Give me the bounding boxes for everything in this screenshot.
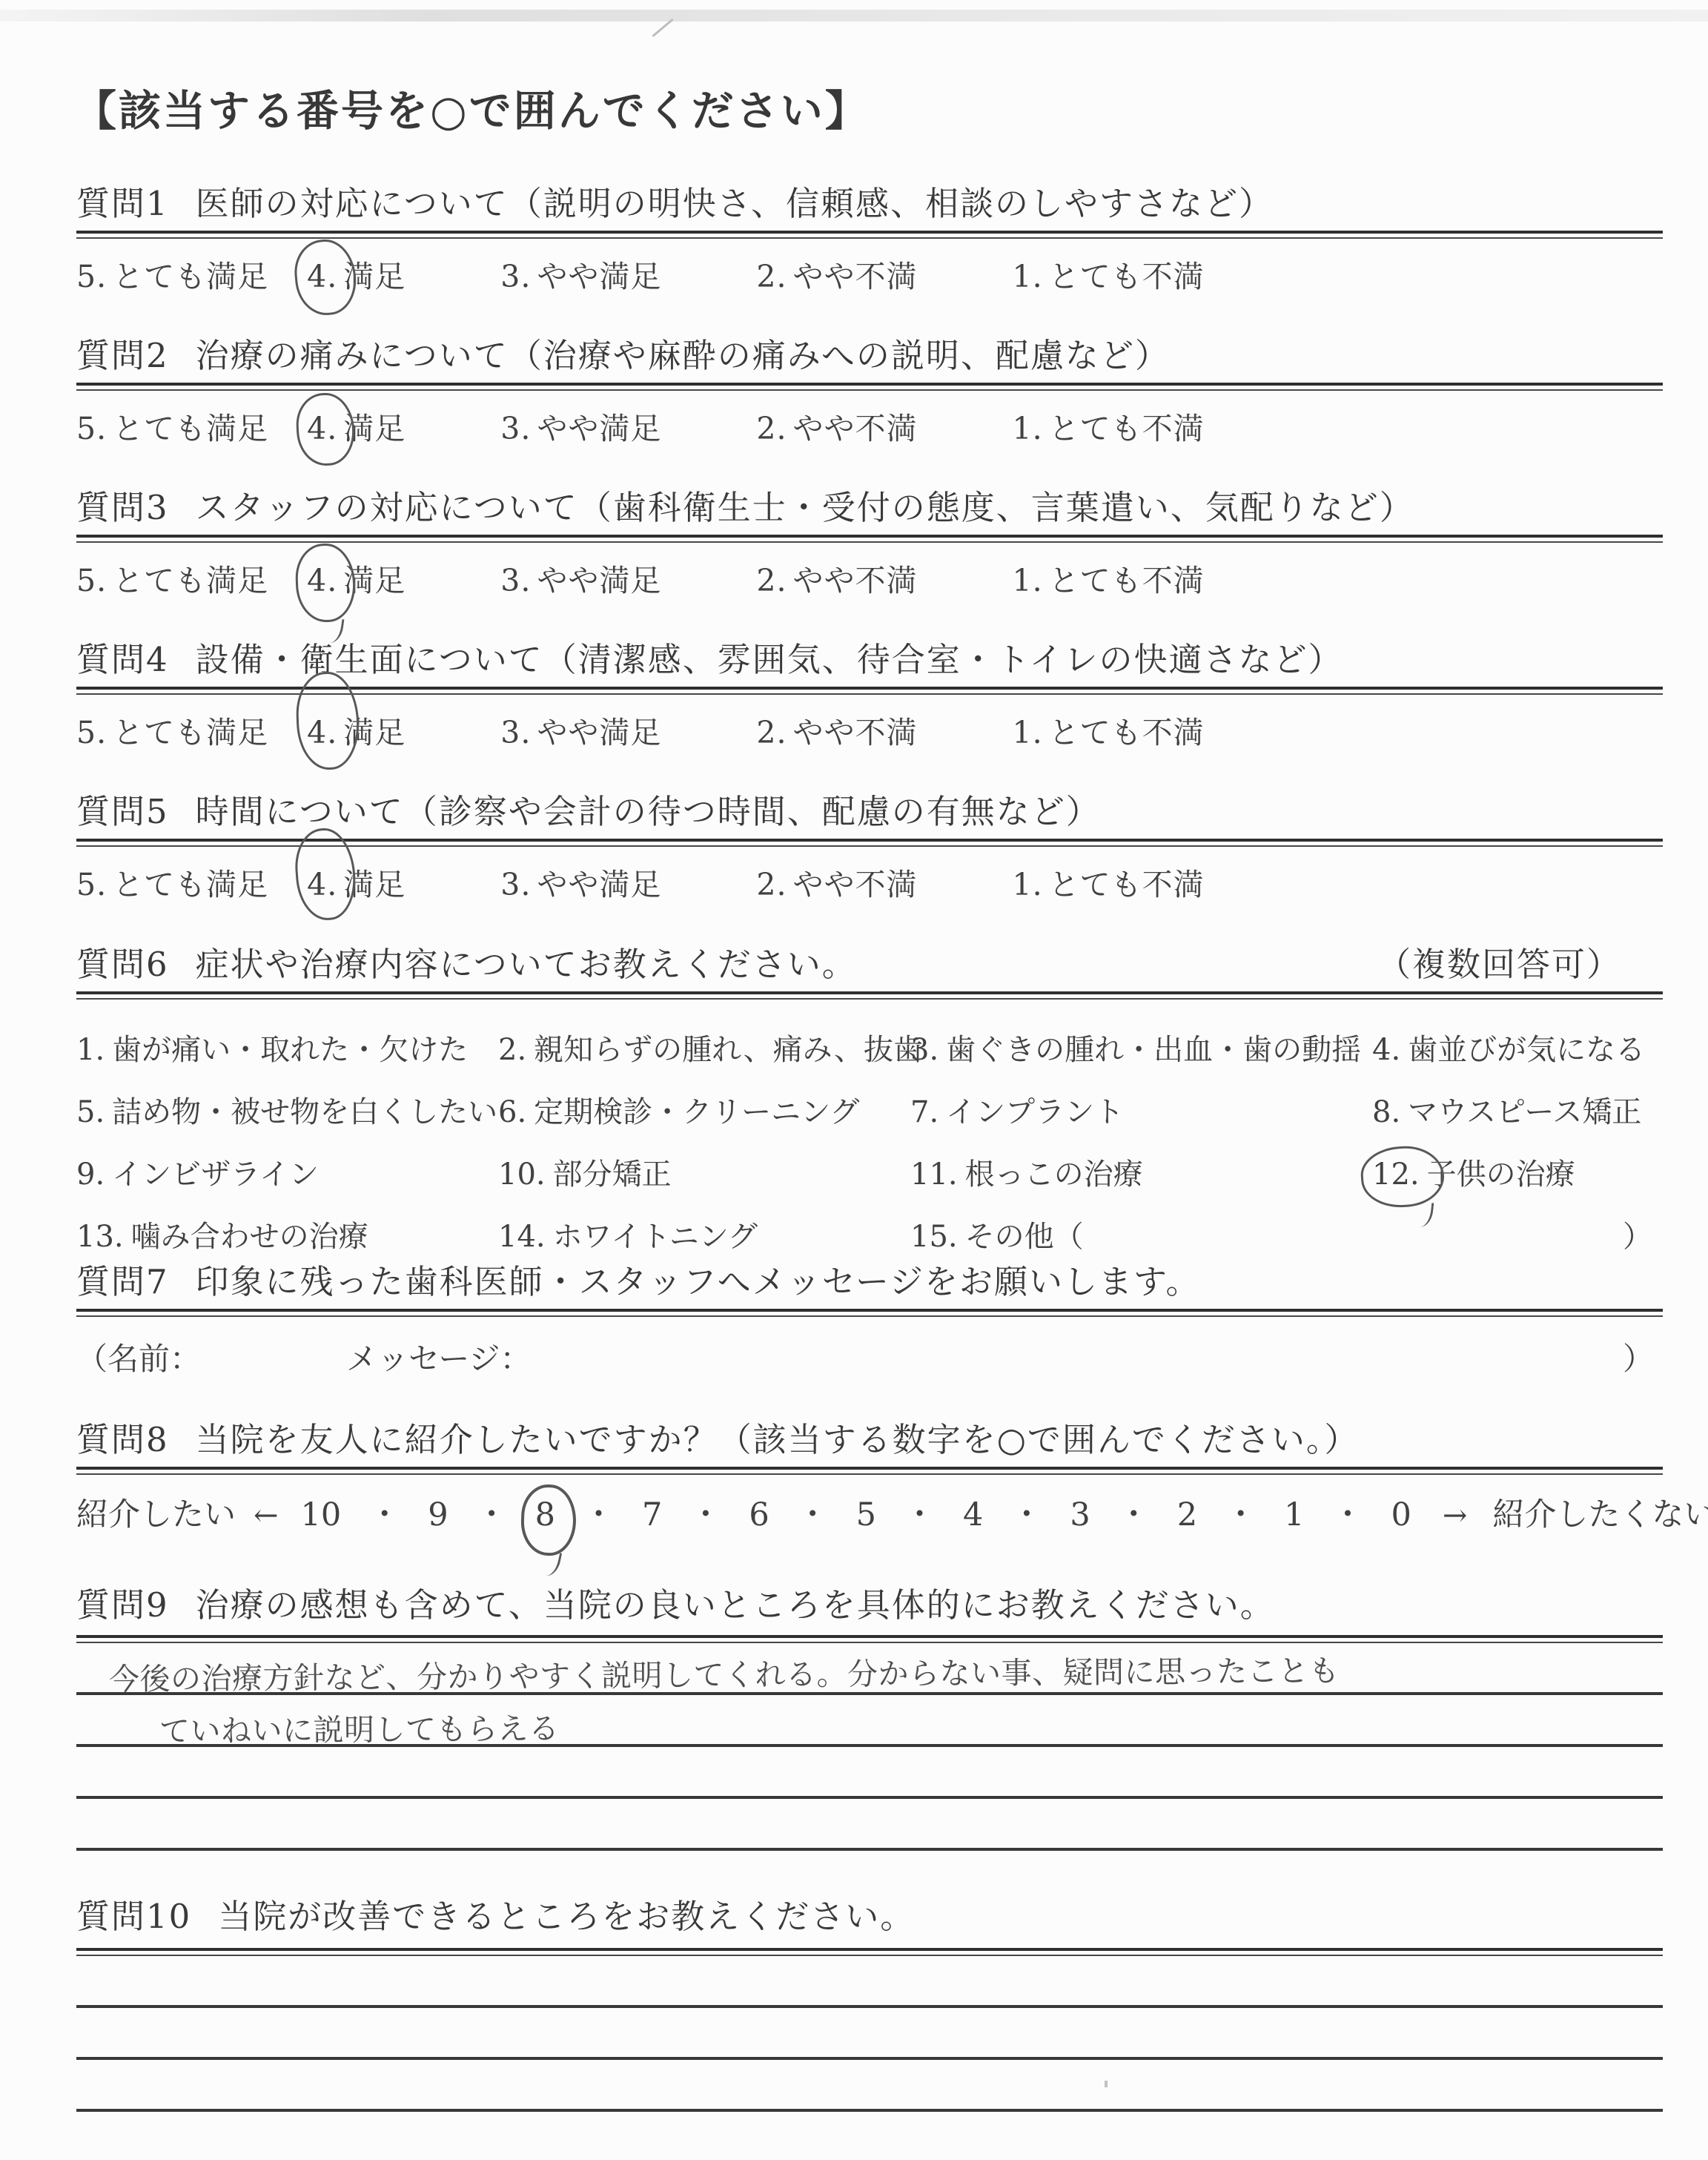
question-9-section: 質問9治療の感想も含めて、当院の良いところを具体的にお教えください。 今後の治療…: [76, 1578, 1663, 1851]
scale-number: 5: [856, 1496, 876, 1533]
rating-option: 2.やや不満: [756, 860, 917, 904]
question-1-section: 質問1医師の対応について（説明の明快さ、信頼感、相談のしやすさなど） 5.とても…: [76, 176, 1663, 296]
handwritten-answer: 今後の治療方針など、分かりやすく説明してくれる。分からない事、疑問に思ったことも: [109, 1646, 1340, 1699]
rating-option: 3.やや満足: [500, 556, 661, 600]
scale-dot: ・: [797, 1490, 829, 1535]
handwritten-answer: ていねいに説明してもらえる: [159, 1704, 560, 1751]
scale-dot: ・: [689, 1490, 721, 1535]
answer-line: [76, 2112, 1663, 2160]
divider: [76, 1309, 1663, 1317]
closing-paren: ）: [1623, 1335, 1654, 1379]
scale-number: 1: [1284, 1496, 1304, 1533]
question-5-options: 5.とても満足 4.満足 3.やや満足 2.やや不満 1.とても不満: [76, 860, 1663, 904]
question-3-title: スタッフの対応について（歯科衛生士・受付の態度、言葉遣い、気配りなど）: [196, 488, 1414, 527]
scale-dot: ・: [1118, 1490, 1150, 1535]
symptom-option: 9.インビザライン: [76, 1151, 498, 1193]
question-4-number: 質問4: [76, 640, 169, 679]
question-2-header: 質問2治療の痛みについて（治療や麻酔の痛みへの説明、配慮など）: [76, 328, 1663, 377]
rating-option: 2.やや不満: [756, 252, 917, 296]
symptom-option: 14.ホワイトニング: [498, 1213, 910, 1255]
question-5-number: 質問5: [76, 792, 169, 831]
page-title: 【該当する番号を○で囲んでください】: [74, 77, 870, 138]
rating-option: 2.やや不満: [756, 708, 917, 752]
question-6-header: 質問6症状や治療内容についてお教えください。 （複数回答可）: [76, 937, 1663, 985]
rating-option: 2.やや不満: [756, 556, 917, 600]
divider: [76, 1948, 1663, 1956]
scale-dot: ・: [904, 1490, 936, 1535]
divider: [76, 383, 1663, 391]
scale-dot: ・: [1010, 1490, 1042, 1535]
question-3-options: 5.とても満足 4.満足 3.やや満足 2.やや不満 1.とても不満: [76, 556, 1663, 600]
symptom-option: 4.歯並びが気になる: [1372, 1026, 1663, 1069]
scale-dot: ・: [1225, 1490, 1257, 1535]
rating-option: 5.とても満足: [76, 252, 268, 296]
symptom-option-selected: 12.子供の治療: [1372, 1151, 1663, 1193]
rating-option: 3.やや満足: [500, 404, 661, 448]
other-closing-paren: ）: [1372, 1213, 1663, 1255]
question-4-section: 質問4設備・衛生面について（清潔感、雰囲気、待合室・トイレの快適さなど） 5.と…: [76, 633, 1663, 752]
question-2-title: 治療の痛みについて（治療や麻酔の痛みへの説明、配慮など）: [196, 336, 1170, 375]
question-9-header: 質問9治療の感想も含めて、当院の良いところを具体的にお教えください。: [76, 1578, 1663, 1626]
message-field-label: メッセージ：: [346, 1335, 531, 1379]
question-6-title: 症状や治療内容についてお教えください。: [196, 945, 857, 984]
question-5-title: 時間について（診察や会計の待つ時間、配慮の有無など）: [196, 792, 1101, 831]
question-7-header: 質問7印象に残った歯科医師・スタッフへメッセージをお願いします。: [76, 1255, 1663, 1303]
recommend-scale-row: 紹介したい ← 10・ 9・ 8・ 7・ 6・ 5・ 4・ 3・ 2・ 1・ 0…: [76, 1490, 1663, 1535]
question-7-section: 質問7印象に残った歯科医師・スタッフへメッセージをお願いします。 （名前： メッ…: [76, 1255, 1663, 1379]
symptom-option: 13.噛み合わせの治療: [76, 1213, 498, 1255]
symptom-option: 2.親知らずの腫れ、痛み、抜歯: [498, 1026, 910, 1069]
question-3-section: 質問3スタッフの対応について（歯科衛生士・受付の態度、言葉遣い、気配りなど） 5…: [76, 480, 1663, 600]
question-5-section: 質問5時間について（診察や会計の待つ時間、配慮の有無など） 5.とても満足 4.…: [76, 785, 1663, 904]
scale-number: 4: [963, 1496, 983, 1533]
question-10-number: 質問10: [76, 1897, 191, 1936]
symptom-option: 8.マウスピース矯正: [1372, 1089, 1663, 1131]
rating-option-selected: 4.満足: [307, 708, 406, 752]
question-4-header: 質問4設備・衛生面について（清潔感、雰囲気、待合室・トイレの快適さなど）: [76, 633, 1663, 681]
question-3-header: 質問3スタッフの対応について（歯科衛生士・受付の態度、言葉遣い、気配りなど）: [76, 480, 1663, 529]
divider: [76, 839, 1663, 847]
scale-number-selected: 8: [535, 1496, 555, 1533]
rating-option: 1.とても不満: [1013, 252, 1205, 296]
question-10-title: 当院が改善できるところをお教えください。: [218, 1897, 915, 1936]
answer-line: [76, 1956, 1663, 2008]
rating-option: 1.とても不満: [1013, 404, 1205, 448]
scale-number: 7: [642, 1496, 662, 1533]
answer-line: ていねいに説明してもらえる: [76, 1695, 1663, 1747]
question-9-title: 治療の感想も含めて、当院の良いところを具体的にお教えください。: [196, 1585, 1275, 1625]
scale-right-label: 紹介したくない: [1492, 1490, 1708, 1535]
divider: [76, 991, 1663, 1000]
symptom-option: 6.定期検診・クリーニング: [498, 1089, 910, 1131]
rating-option: 5.とても満足: [76, 860, 268, 904]
name-message-row: （名前： メッセージ： ）: [76, 1335, 1663, 1379]
divider: [76, 1467, 1663, 1475]
rating-option-selected: 4.満足: [307, 556, 406, 600]
scale-number: 6: [749, 1496, 769, 1533]
symptom-option: 5.詰め物・被せ物を白くしたい: [76, 1089, 498, 1131]
rating-option: 3.やや満足: [500, 860, 661, 904]
answer-line: [76, 2060, 1663, 2112]
question-2-section: 質問2治療の痛みについて（治療や麻酔の痛みへの説明、配慮など） 5.とても満足 …: [76, 328, 1663, 448]
answer-line: [76, 2008, 1663, 2060]
scale-number: 2: [1177, 1496, 1197, 1533]
symptom-option: 10.部分矯正: [498, 1151, 910, 1193]
scale-dot: ・: [476, 1490, 508, 1535]
rating-option: 5.とても満足: [76, 556, 268, 600]
question-9-number: 質問9: [76, 1585, 169, 1625]
question-7-number: 質問7: [76, 1262, 169, 1301]
divider: [76, 231, 1663, 239]
rating-option: 5.とても満足: [76, 708, 268, 752]
rating-option-selected: 4.満足: [307, 252, 406, 296]
answer-line: [76, 1747, 1663, 1799]
question-8-number: 質問8: [76, 1420, 169, 1459]
left-arrow-icon: ←: [254, 1499, 279, 1533]
symptom-options-grid: 1.歯が痛い・取れた・欠けた 2.親知らずの腫れ、痛み、抜歯 3.歯ぐきの腫れ・…: [76, 1026, 1663, 1255]
scale-number: 3: [1070, 1496, 1090, 1533]
question-8-title: 当院を友人に紹介したいですか？（該当する数字を○で囲んでください。）: [196, 1420, 1360, 1459]
scan-speck: [1105, 2081, 1108, 2087]
question-8-header: 質問8当院を友人に紹介したいですか？（該当する数字を○で囲んでください。）: [76, 1413, 1663, 1461]
question-3-number: 質問3: [76, 488, 169, 527]
question-1-options: 5.とても満足 4.満足 3.やや満足 2.やや不満 1.とても不満: [76, 252, 1663, 296]
symptom-option: 1.歯が痛い・取れた・欠けた: [76, 1026, 498, 1069]
rating-option: 1.とても不満: [1013, 556, 1205, 600]
scale-number: 9: [428, 1496, 448, 1533]
right-arrow-icon: →: [1443, 1499, 1468, 1533]
rating-option: 5.とても満足: [76, 404, 268, 448]
question-10-header: 質問10当院が改善できるところをお教えください。: [76, 1889, 1663, 1938]
symptom-option-other: 15.その他（: [910, 1213, 1372, 1255]
scale-dot: ・: [1331, 1490, 1363, 1535]
rating-option-selected: 4.満足: [307, 404, 406, 448]
question-4-title: 設備・衛生面について（清潔感、雰囲気、待合室・トイレの快適さなど）: [196, 640, 1343, 679]
divider: [76, 535, 1663, 543]
rating-option: 3.やや満足: [500, 252, 661, 296]
scale-numbers: 10・ 9・ 8・ 7・ 6・ 5・ 4・ 3・ 2・ 1・ 0: [301, 1490, 1411, 1535]
question-1-title: 医師の対応について（説明の明快さ、信頼感、相談のしやすさなど）: [196, 184, 1274, 223]
question-5-header: 質問5時間について（診察や会計の待つ時間、配慮の有無など）: [76, 785, 1663, 833]
scale-dot: ・: [583, 1490, 615, 1535]
question-6-section: 質問6症状や治療内容についてお教えください。 （複数回答可） 1.歯が痛い・取れ…: [76, 937, 1663, 1255]
answer-line: 今後の治療方針など、分かりやすく説明してくれる。分からない事、疑問に思ったことも: [76, 1643, 1663, 1695]
question-8-section: 質問8当院を友人に紹介したいですか？（該当する数字を○で囲んでください。） 紹介…: [76, 1413, 1663, 1535]
question-2-number: 質問2: [76, 336, 169, 375]
symptom-option: 3.歯ぐきの腫れ・出血・歯の動揺: [910, 1026, 1372, 1069]
question-4-options: 5.とても満足 4.満足 3.やや満足 2.やや不満 1.とても不満: [76, 708, 1663, 752]
scale-dot: ・: [368, 1490, 400, 1535]
rating-option: 1.とても不満: [1013, 708, 1205, 752]
answer-line: [76, 1799, 1663, 1851]
scale-left-label: 紹介したい: [76, 1490, 236, 1535]
question-7-title: 印象に残った歯科医師・スタッフへメッセージをお願いします。: [196, 1262, 1201, 1301]
symptom-option: 7.インプラント: [910, 1089, 1372, 1131]
rating-option-selected: 4.満足: [307, 860, 406, 904]
divider: [76, 1635, 1663, 1643]
name-field-label: （名前：: [76, 1335, 201, 1379]
question-10-section: 質問10当院が改善できるところをお教えください。: [76, 1889, 1663, 2160]
rating-option: 1.とても不満: [1013, 860, 1205, 904]
scale-number: 10: [301, 1496, 342, 1533]
scan-edge-artifact: [0, 10, 1708, 22]
question-2-options: 5.とても満足 4.満足 3.やや満足 2.やや不満 1.とても不満: [76, 404, 1663, 448]
question-6-number: 質問6: [76, 945, 169, 984]
multiple-answers-note: （複数回答可）: [1377, 937, 1663, 985]
question-1-number: 質問1: [76, 184, 169, 223]
question-1-header: 質問1医師の対応について（説明の明快さ、信頼感、相談のしやすさなど）: [76, 176, 1663, 225]
scale-number: 0: [1391, 1496, 1411, 1533]
rating-option: 2.やや不満: [756, 404, 917, 448]
divider: [76, 687, 1663, 695]
symptom-option: 11.根っこの治療: [910, 1151, 1372, 1193]
rating-option: 3.やや満足: [500, 708, 661, 752]
